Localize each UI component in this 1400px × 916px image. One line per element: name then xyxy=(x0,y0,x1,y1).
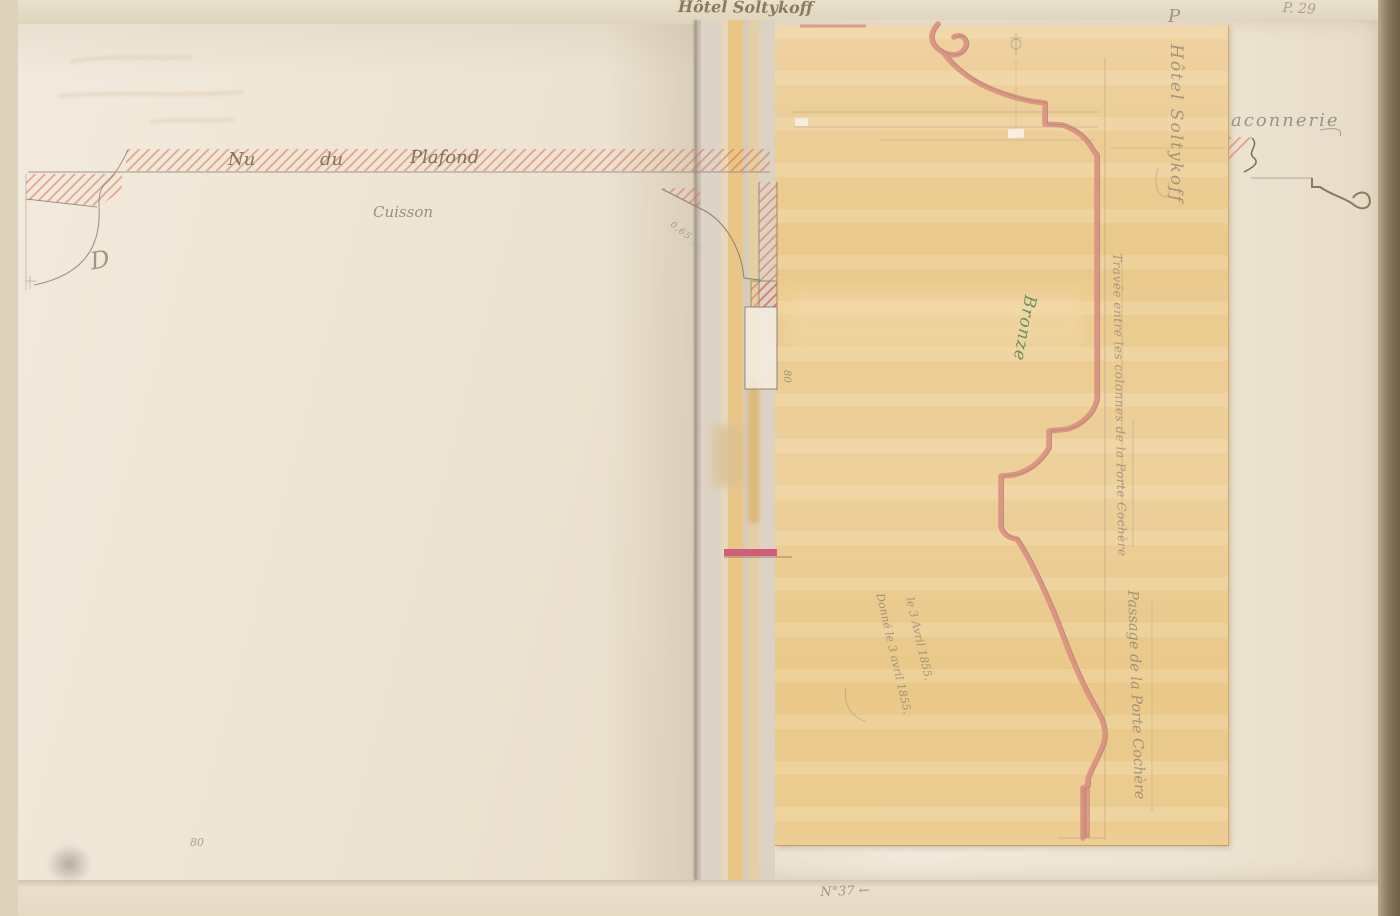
ceiling-label-word-du: du xyxy=(320,149,343,170)
ceiling-label-word-plafond: Plafond xyxy=(410,147,479,168)
side-title-hotel-soltykoff: Hôtel Soltykoff xyxy=(1166,44,1186,219)
album-photograph: Hôtel Soltykoff P P. 29 Nu du Plafond Cu… xyxy=(0,0,1400,916)
pink-profile xyxy=(932,24,1105,838)
corner-number-80: 80 xyxy=(190,836,204,849)
edge-number-80: 80 xyxy=(781,370,792,383)
ceiling-label-word-nu: Nu xyxy=(228,149,255,170)
top-edge-folio-mark: P. 29 xyxy=(1282,0,1316,18)
crimson-dash xyxy=(724,549,777,556)
linework-layer xyxy=(0,0,1400,916)
masonry-note: aconnerie xyxy=(1231,110,1340,131)
top-edge-p-mark: P xyxy=(1168,6,1180,27)
bottom-folio-mark: N°37 ← xyxy=(820,883,870,900)
top-edge-title: Hôtel Soltykoff xyxy=(678,0,813,17)
cuisson-note: Cuisson xyxy=(373,203,433,221)
